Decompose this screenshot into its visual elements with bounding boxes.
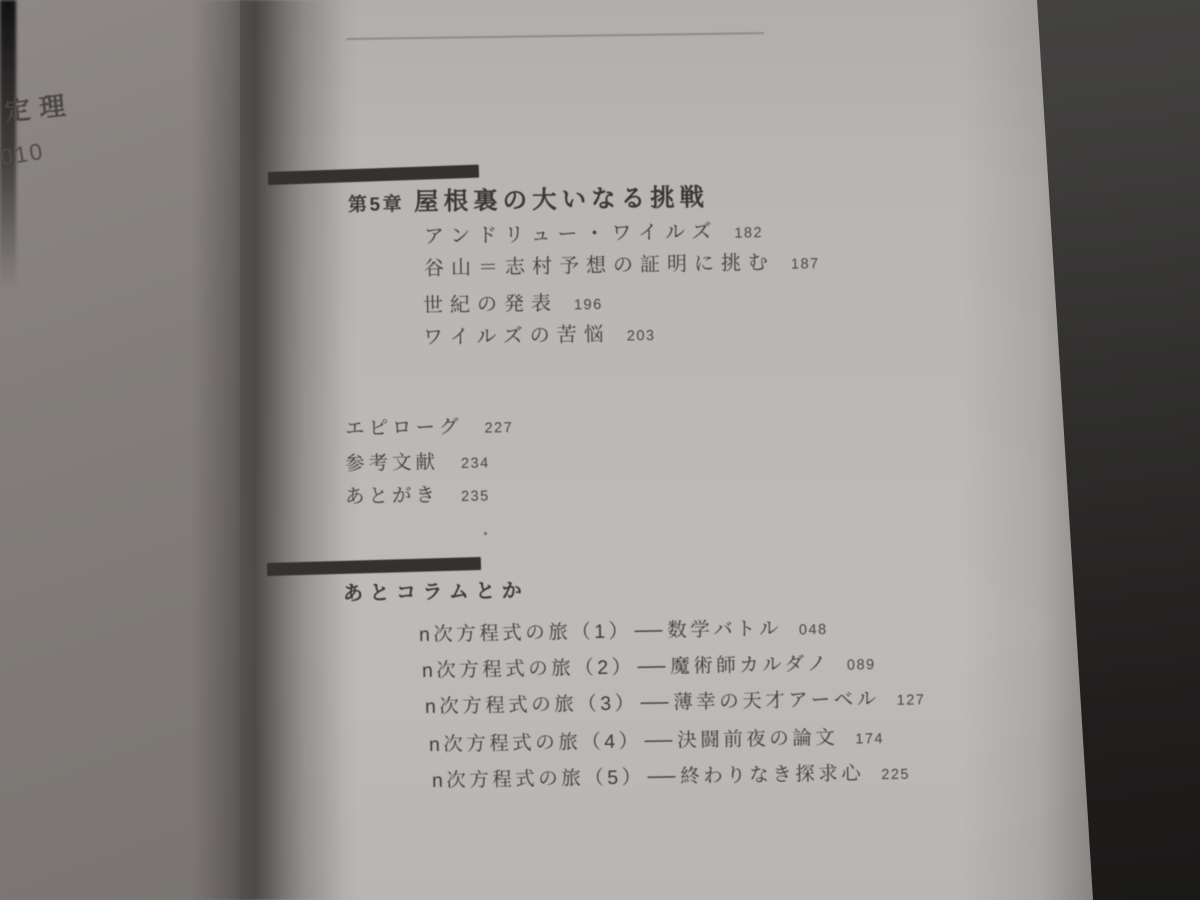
- column-page-number: 089: [847, 657, 876, 673]
- column-dash: ──: [634, 620, 662, 642]
- toc-item-title: あとがき: [345, 484, 439, 508]
- chapter-title: 屋根裏の大いなる挑戦: [414, 184, 709, 216]
- chapter-number: 第5章: [348, 194, 404, 216]
- dust-speck: [484, 532, 487, 535]
- column-title: 決闘前夜の論文: [677, 727, 838, 752]
- column-dash: ──: [644, 730, 672, 752]
- toc-item: アンドリュー・ワイルズ182: [424, 220, 763, 248]
- column-item: n次方程式の旅（1）──数学バトル048: [419, 618, 828, 647]
- toc-item: ワイルズの苦悩203: [423, 323, 656, 349]
- column-page-number: 174: [855, 731, 884, 747]
- toc-item: エピローグ227: [345, 416, 514, 440]
- left-page-title-fragment: 定理: [2, 84, 75, 128]
- toc-item-title: ワイルズの苦悩: [423, 324, 611, 349]
- toc-page-number: 203: [627, 328, 656, 344]
- column-item: n次方程式の旅（4）──決闘前夜の論文174: [429, 727, 884, 756]
- toc-page-number: 227: [484, 420, 513, 436]
- column-series: n次方程式の旅（3）: [425, 692, 638, 718]
- column-title: 数学バトル: [667, 618, 782, 642]
- page-header-rule: [346, 32, 764, 40]
- column-page-number: 048: [799, 622, 828, 638]
- columns-section-bar: [267, 557, 481, 576]
- toc-item-title: 参考文献: [345, 451, 439, 475]
- toc-item: あとがき235: [345, 484, 490, 508]
- toc-item: 参考文献234: [345, 451, 490, 475]
- column-title: 薄幸の天才アーベル: [673, 688, 880, 714]
- column-dash: ──: [637, 656, 665, 678]
- toc-item: 谷山＝志村予想の証明に挑む187: [424, 251, 820, 280]
- column-dash: ──: [647, 766, 675, 788]
- toc-item-title: 谷山＝志村予想の証明に挑む: [424, 252, 775, 280]
- column-series: n次方程式の旅（1）: [419, 620, 632, 646]
- column-page-number: 127: [897, 692, 926, 708]
- toc-page-number: 196: [574, 297, 603, 313]
- column-title: 終わりなき探求心: [680, 762, 864, 787]
- column-series: n次方程式の旅（5）: [432, 766, 645, 792]
- column-title: 魔術師カルダノ: [670, 653, 830, 678]
- column-item: n次方程式の旅（5）──終わりなき探求心225: [432, 763, 910, 793]
- columns-heading: あとコラムとか: [343, 574, 529, 606]
- column-page-number: 225: [881, 767, 910, 783]
- column-series: n次方程式の旅（2）: [422, 656, 635, 682]
- toc-page-number: 187: [791, 256, 820, 272]
- toc-item-title: アンドリュー・ワイルズ: [424, 221, 719, 248]
- toc-page-number: 235: [461, 488, 490, 504]
- printed-content: 定理 010 第5章屋根裏の大いなる挑戦 アンドリュー・ワイルズ182 谷山＝志…: [0, 0, 1200, 900]
- column-dash: ──: [640, 692, 668, 714]
- toc-item: 世紀の発表196: [423, 292, 603, 317]
- column-series: n次方程式の旅（4）: [429, 730, 642, 756]
- column-item: n次方程式の旅（2）──魔術師カルダノ089: [422, 653, 876, 682]
- toc-page-number: 234: [461, 455, 490, 471]
- toc-item-title: エピローグ: [345, 416, 463, 440]
- toc-item-title: 世紀の発表: [423, 293, 558, 317]
- book-photo: 定理 010 第5章屋根裏の大いなる挑戦 アンドリュー・ワイルズ182 谷山＝志…: [0, 0, 1200, 900]
- chapter-heading: 第5章屋根裏の大いなる挑戦: [348, 178, 710, 219]
- left-page-number-fragment: 010: [0, 138, 46, 172]
- toc-page-number: 182: [734, 225, 763, 241]
- column-item: n次方程式の旅（3）──薄幸の天才アーベル127: [425, 688, 926, 718]
